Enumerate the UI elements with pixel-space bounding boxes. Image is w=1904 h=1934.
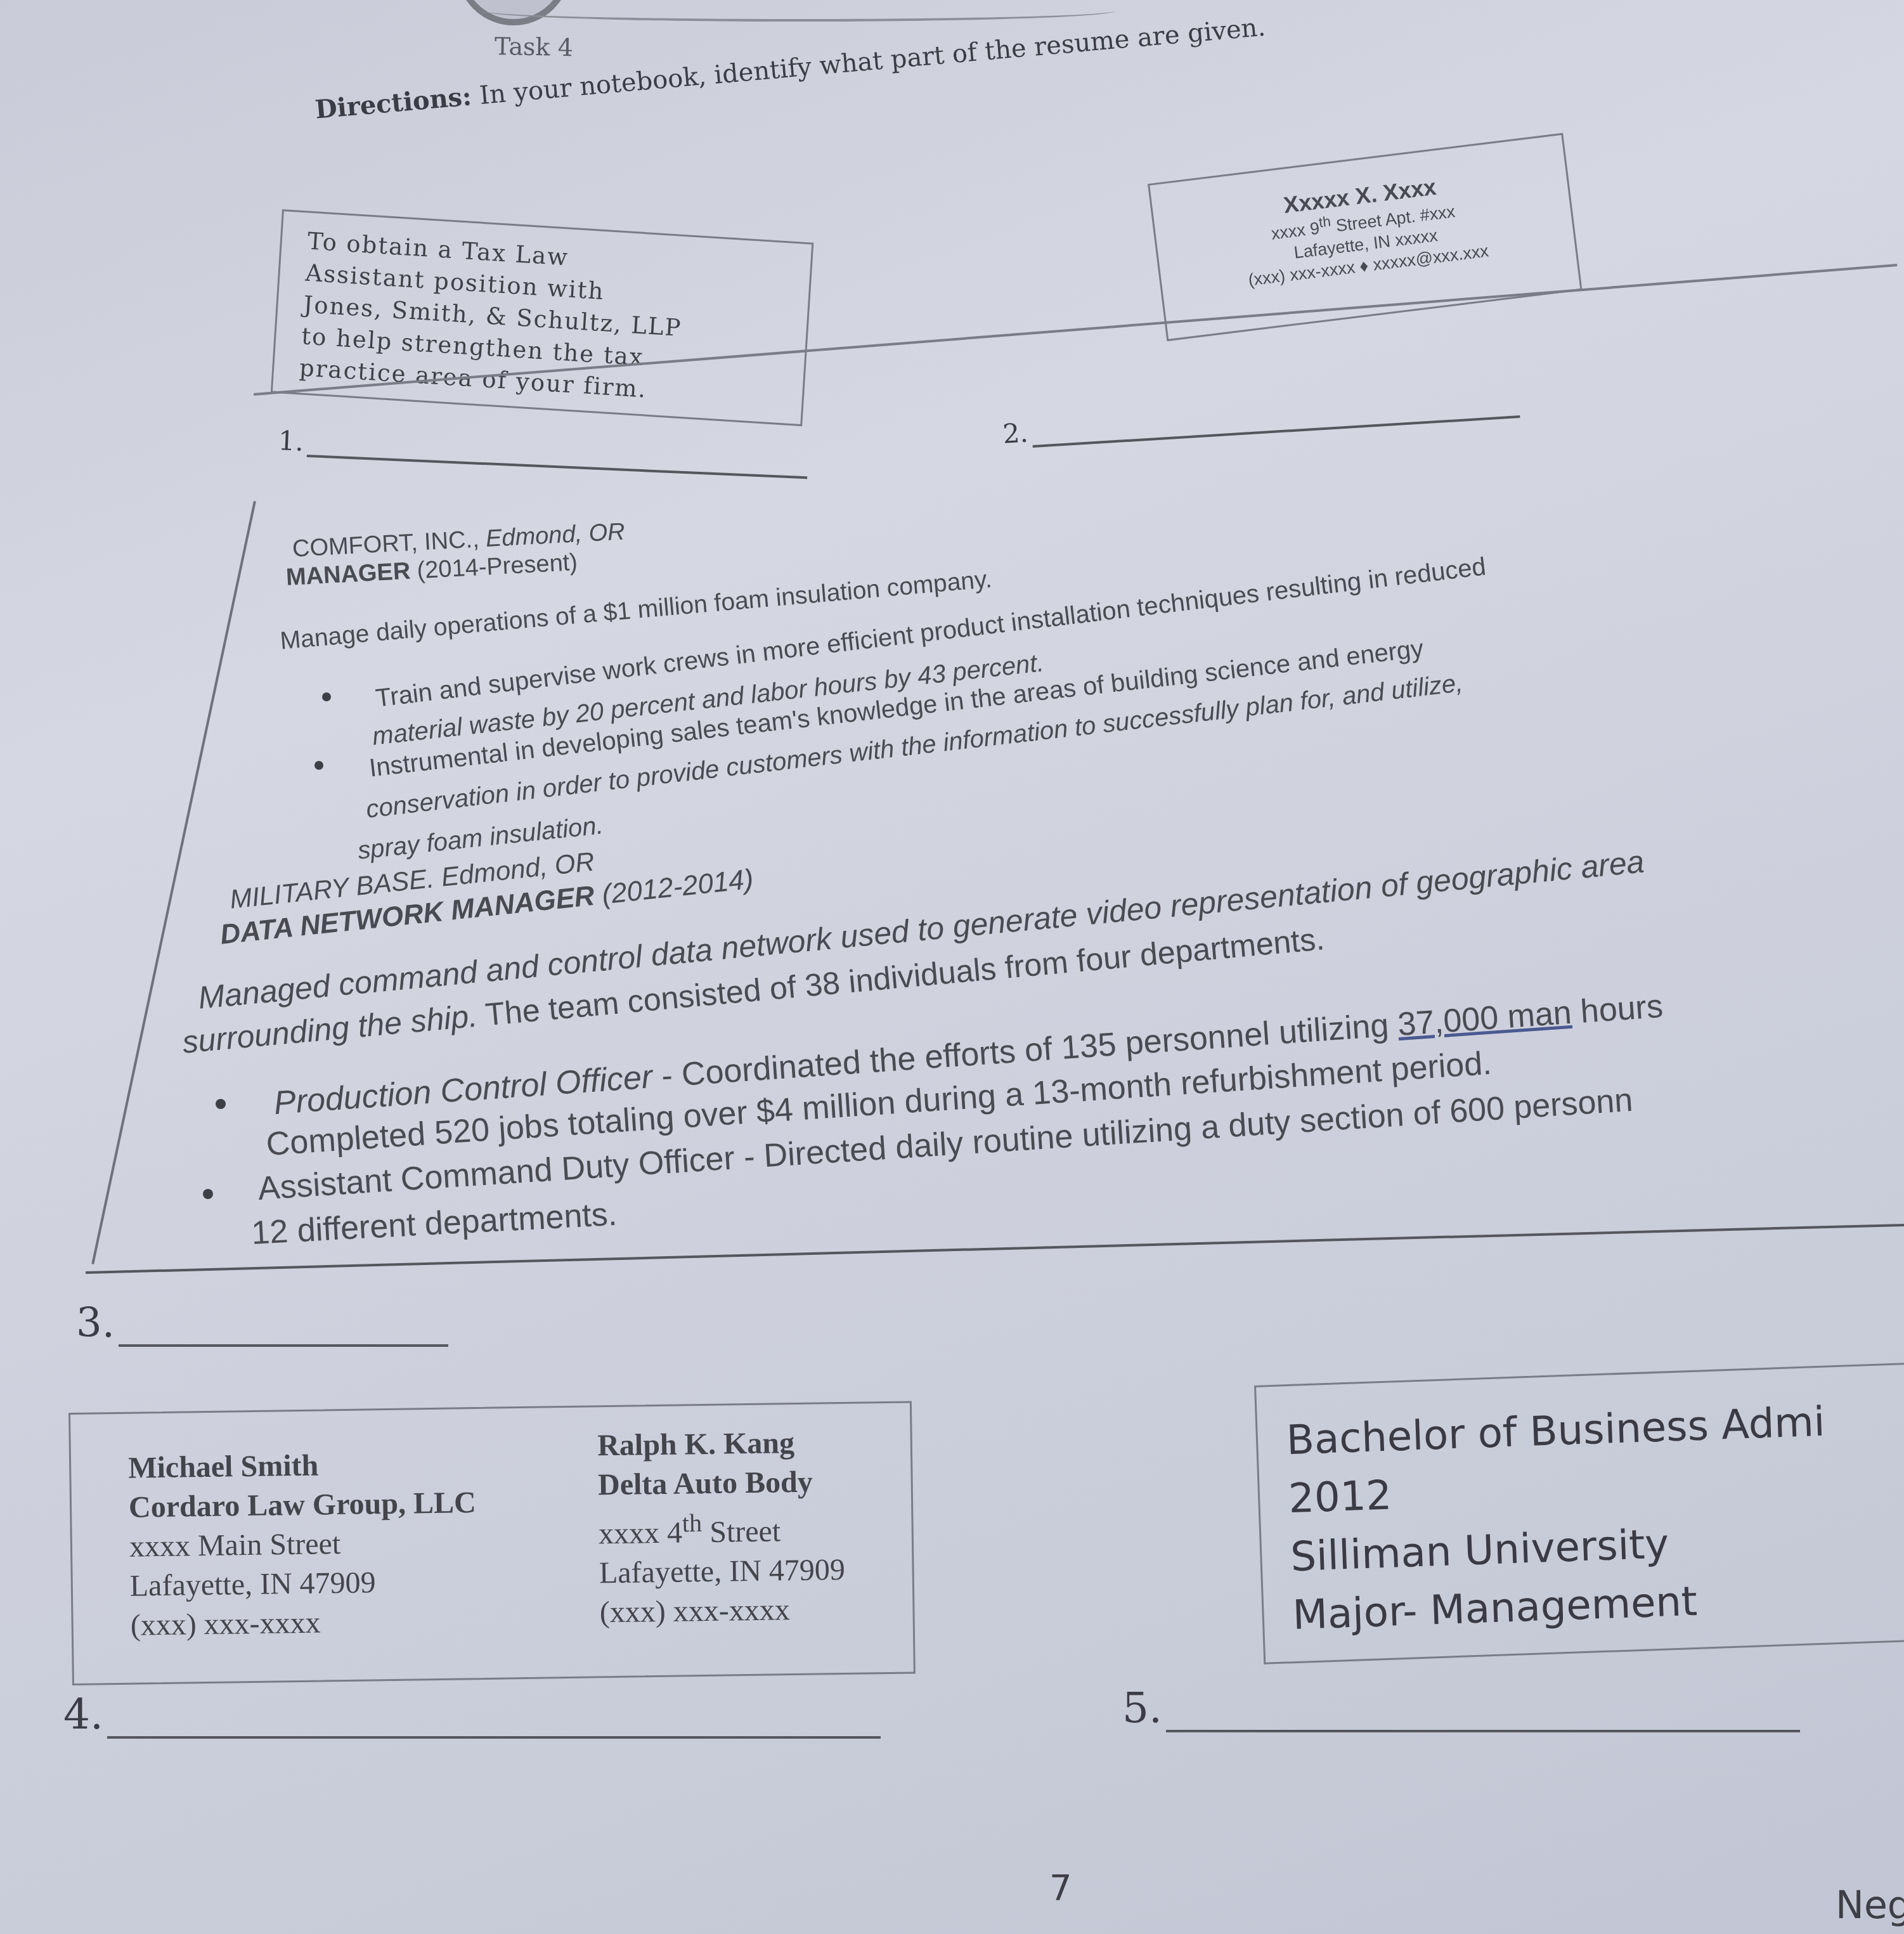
experience-box-left-border <box>91 501 256 1264</box>
reference-company: Delta Auto Body <box>598 1461 911 1505</box>
answer-1: 1. <box>278 425 808 479</box>
bullet-icon <box>216 1099 226 1109</box>
education-box: Bachelor of Business Admi 2012 Silliman … <box>1254 1361 1904 1665</box>
reference-phone: (xxx) xxx-xxxx <box>130 1599 600 1645</box>
page-number: 7 <box>1049 1867 1072 1909</box>
underlined-text: 37,000 man <box>1396 994 1572 1043</box>
reference-2: Ralph K. Kang Delta Auto Body xxxx 4th S… <box>597 1422 914 1676</box>
company-location: Edmond, OR <box>478 519 625 553</box>
answer-number: 3. <box>76 1300 115 1347</box>
ordinal-suffix: th <box>1318 213 1332 230</box>
answer-blank-line[interactable] <box>1033 415 1520 448</box>
answer-2: 2. <box>1002 387 1520 450</box>
directions-text: In your notebook, identify what part of … <box>478 13 1266 110</box>
answer-number: 1. <box>278 425 304 457</box>
objective-box: To obtain a Tax Law Assistant position w… <box>271 209 814 426</box>
reference-1: Michael Smith Cordaro Law Group, LLC xxx… <box>128 1442 600 1682</box>
answer-4: 4. <box>63 1690 881 1739</box>
reference-name: Michael Smith <box>128 1442 598 1488</box>
answer-blank-line[interactable] <box>107 1736 881 1739</box>
answer-blank-line[interactable] <box>307 455 807 479</box>
reference-company: Cordaro Law Group, LLC <box>129 1481 599 1527</box>
contact-box: Xxxxx X. Xxxx xxxx 9th Street Apt. #xxx … <box>1148 133 1583 342</box>
worksheet-page: Task 4 Directions: In your notebook, ide… <box>0 0 1904 1934</box>
reference-street: xxxx 4th Street <box>599 1500 912 1554</box>
answer-number: 5. <box>1122 1684 1162 1732</box>
bullet-icon <box>314 761 323 770</box>
ordinal-suffix: th <box>682 1509 703 1537</box>
answer-5: 5. <box>1122 1684 1800 1732</box>
answer-blank-line[interactable] <box>119 1344 448 1347</box>
paper-fold-line <box>482 0 1116 22</box>
bullet-icon <box>322 692 331 701</box>
job-title: MANAGER <box>285 558 411 591</box>
directions-label: Directions: <box>314 81 473 124</box>
answer-blank-line[interactable] <box>1166 1730 1800 1732</box>
street-number: xxxx 4 <box>599 1516 683 1551</box>
references-box: Michael Smith Cordaro Law Group, LLC xxx… <box>68 1401 916 1685</box>
reference-phone: (xxx) xxx-xxxx <box>599 1588 912 1632</box>
reference-street: xxxx Main Street <box>129 1521 599 1566</box>
bullet-icon <box>203 1189 213 1199</box>
bullet-text-end: hours <box>1570 988 1664 1031</box>
reference-city: Lafayette, IN 47909 <box>599 1549 912 1593</box>
reference-name: Ralph K. Kang <box>597 1422 910 1465</box>
next-page-corner-text: Neg <box>1836 1883 1904 1928</box>
task-title: Task 4 <box>495 32 574 62</box>
street-rest: Street <box>702 1514 781 1549</box>
directions: Directions: In your notebook, identify w… <box>314 12 1267 125</box>
answer-3: 3. <box>76 1300 448 1347</box>
reference-city: Lafayette, IN 47909 <box>129 1560 599 1606</box>
answer-number: 4. <box>63 1690 103 1739</box>
answer-number: 2. <box>1002 417 1029 450</box>
job-dates: (2012-2014) <box>593 864 755 911</box>
